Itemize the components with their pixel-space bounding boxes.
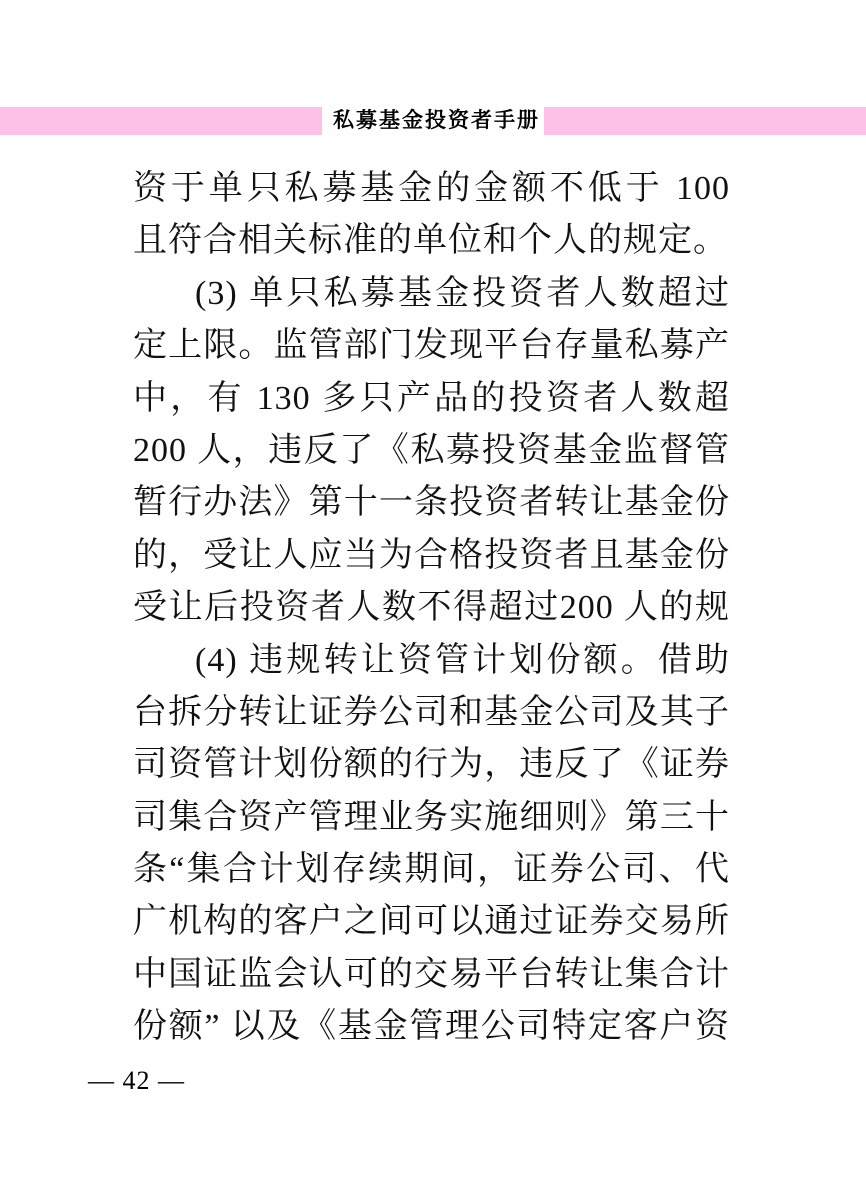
- text-line: (4) 违规转让资管计划份额。借助平: [133, 635, 730, 687]
- body-text: 资于单只私募基金的金额不低于 100 万元且符合相关标准的单位和个人的规定。(3…: [133, 163, 730, 1054]
- text-line: 中国证监会认可的交易平台转让集合计划: [133, 949, 730, 1001]
- text-line: (3) 单只私募基金投资者人数超过法: [133, 268, 730, 320]
- text-line: 且符合相关标准的单位和个人的规定。: [133, 215, 730, 267]
- document-page: 私募基金投资者手册 资于单只私募基金的金额不低于 100 万元且符合相关标准的单…: [0, 0, 866, 1189]
- text-line: 的，受让人应当为合格投资者且基金份额: [133, 530, 730, 582]
- text-line: 中，有 130 多只产品的投资者人数超过: [133, 373, 730, 425]
- text-line: 定上限。监管部门发现平台存量私募产品: [133, 320, 730, 372]
- header-bar-right: [544, 107, 866, 135]
- text-line: 份额” 以及《基金管理公司特定客户资产: [133, 1001, 730, 1053]
- page-number: — 42 —: [88, 1066, 185, 1096]
- text-line: 资于单只私募基金的金额不低于 100 万元: [133, 163, 730, 215]
- text-line: 受让后投资者人数不得超过200 人的规定。: [133, 582, 730, 634]
- text-line: 司资管计划份额的行为，违反了《证券公: [133, 739, 730, 791]
- text-line: 司集合资产管理业务实施细则》第三十七: [133, 792, 730, 844]
- page-header: 私募基金投资者手册: [0, 107, 866, 135]
- text-line: 200 人，违反了《私募投资基金监督管理: [133, 425, 730, 477]
- text-line: 条“集合计划存续期间，证券公司、代理推: [133, 844, 730, 896]
- header-bar-left: [0, 107, 322, 135]
- book-title: 私募基金投资者手册: [333, 107, 540, 135]
- text-line: 台拆分转让证券公司和基金公司及其子公: [133, 687, 730, 739]
- text-line: 广机构的客户之间可以通过证券交易所等: [133, 896, 730, 948]
- text-line: 暂行办法》第十一条投资者转让基金份额: [133, 477, 730, 529]
